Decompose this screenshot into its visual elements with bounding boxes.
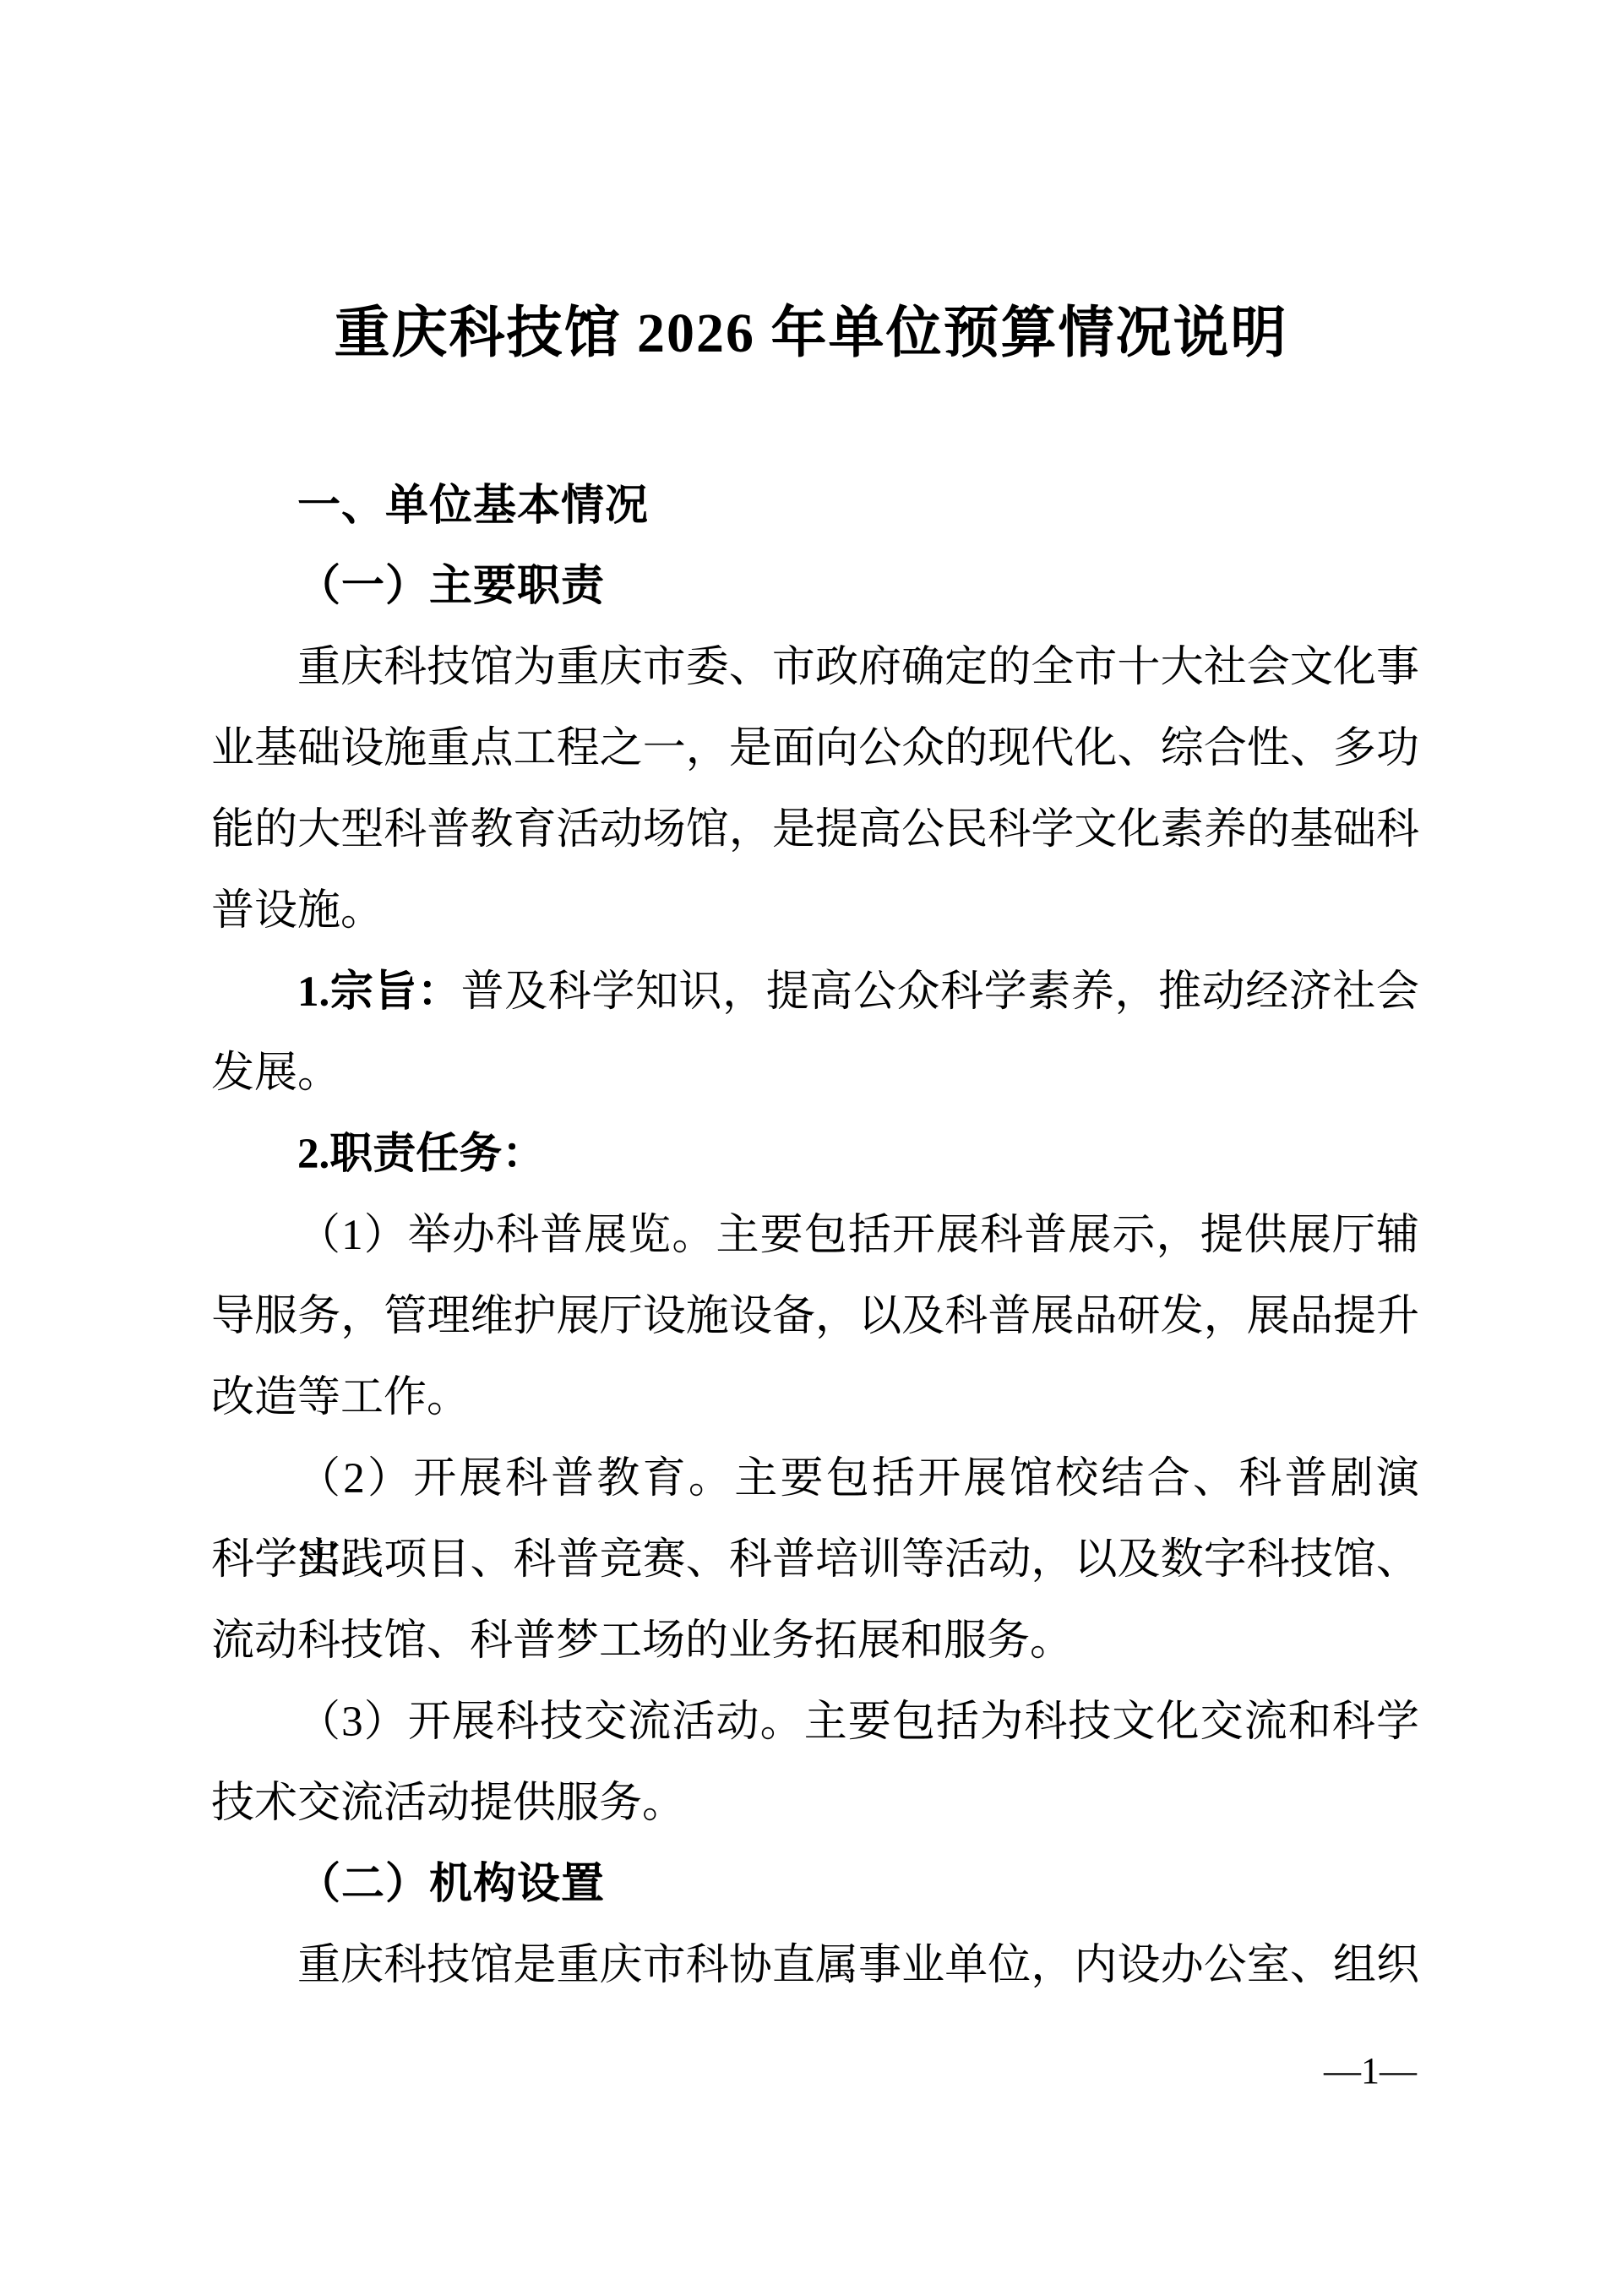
document-title: 重庆科技馆 2026 年单位预算情况说明 <box>0 287 1622 368</box>
text-line: 能的大型科普教育活动场馆，是提高公民科学文化素养的基础科 <box>211 789 1419 870</box>
subsection-heading: （一）主要职责 <box>211 546 1419 627</box>
text-line: （1）举办科普展览。主要包括开展科普展示，提供展厅辅 <box>211 1195 1419 1276</box>
text-line: 流动科技馆、科普梦工场的业务拓展和服务。 <box>211 1601 1419 1682</box>
text-line: 重庆科技馆是重庆市科协直属事业单位，内设办公室、组织 <box>211 1925 1419 2006</box>
text-line: 重庆科技馆为重庆市委、市政府确定的全市十大社会文化事 <box>211 627 1419 708</box>
text-line: 2.职责任务： <box>211 1114 1419 1195</box>
paragraph-prefix: 2.职责任务： <box>297 1131 545 1178</box>
document-page: 重庆科技馆 2026 年单位预算情况说明 一、单位基本情况 （一）主要职责 重庆… <box>0 0 1622 2296</box>
document-body: 一、单位基本情况 （一）主要职责 重庆科技馆为重庆市委、市政府确定的全市十大社会… <box>211 465 1419 2006</box>
text-line: 普设施。 <box>211 870 1419 952</box>
text-line: 改造等工作。 <box>211 1357 1419 1438</box>
text-line: 1.宗旨：普及科学知识，提高公众科学素养，推动经济社会 <box>211 952 1419 1033</box>
paragraph-prefix: 1.宗旨： <box>297 968 461 1016</box>
text-line: （3）开展科技交流活动。主要包括为科技文化交流和科学 <box>211 1682 1419 1763</box>
text-line: 导服务，管理维护展厅设施设备，以及科普展品研发，展品提升 <box>211 1276 1419 1357</box>
paragraph-text: 普及科学知识，提高公众科学素养，推动经济社会 <box>461 968 1419 1016</box>
page-number: —1— <box>1324 2049 1417 2092</box>
text-line: （2）开展科普教育。主要包括开展馆校结合、科普剧演出、 <box>211 1438 1419 1519</box>
text-line: 业基础设施重点工程之一，是面向公众的现代化、综合性、多功 <box>211 708 1419 789</box>
subsection-heading: （二）机构设置 <box>211 1844 1419 1925</box>
text-line: 科学实践项目、科普竞赛、科普培训等活动，以及数字科技馆、 <box>211 1519 1419 1601</box>
text-line: 发展。 <box>211 1033 1419 1114</box>
text-line: 技术交流活动提供服务。 <box>211 1763 1419 1844</box>
section-heading: 一、单位基本情况 <box>211 465 1419 546</box>
